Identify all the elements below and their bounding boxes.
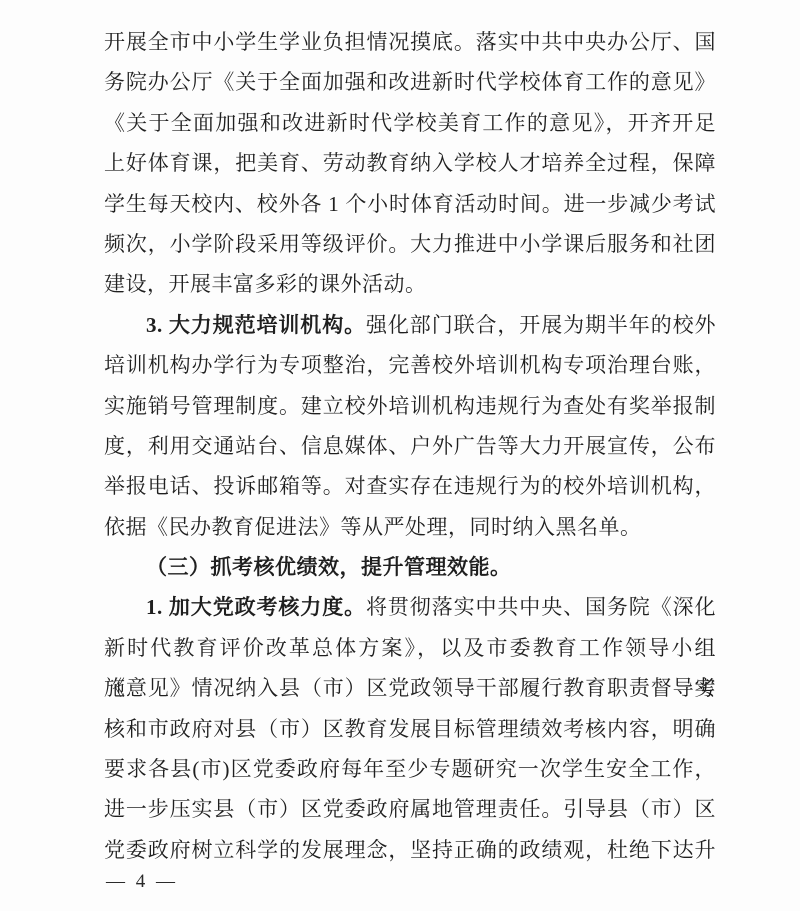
- document-page: 开展全市中小学生学业负担情况摸底。落实中共中央办公厅、国 务院办公厅《关于全面加…: [0, 0, 800, 911]
- body-line: 举报电话、投诉邮箱等。对查实存在违规行为的校外培训机构，: [104, 466, 716, 506]
- body-line: 施意见》情况纳入县（市）区党政领导干部履行教育职责督导考: [104, 668, 716, 708]
- body-line: 新时代教育评价改革总体方案》，以及市委教育工作领导小组《实: [104, 628, 716, 668]
- body-line: 频次，小学阶段采用等级评价。大力推进中小学课后服务和社团: [104, 224, 716, 264]
- paragraph-first-line: 3. 大力规范培训机构。强化部门联合，开展为期半年的校外: [104, 305, 716, 345]
- body-line: 进一步压实县（市）区党委政府属地管理责任。引导县（市）区: [104, 789, 716, 829]
- paragraph-first-line: 1. 加大党政考核力度。将贯彻落实中共中央、国务院《深化: [104, 587, 716, 627]
- body-line: 上好体育课，把美育、劳动教育纳入学校人才培养全过程，保障: [104, 143, 716, 183]
- body-line: 核和市政府对县（市）区教育发展目标管理绩效考核内容，明确: [104, 709, 716, 749]
- body-line: 建设，开展丰富多彩的课外活动。: [104, 264, 716, 304]
- body-line: 要求各县(市)区党委政府每年至少专题研究一次学生安全工作，: [104, 749, 716, 789]
- body-line: 依据《民办教育促进法》等从严处理，同时纳入黑名单。: [104, 507, 716, 547]
- paragraph-lead-rest: 将贯彻落实中共中央、国务院《深化: [366, 595, 716, 619]
- paragraph-lead-bold: 1. 加大党政考核力度。: [146, 595, 366, 619]
- paragraph-lead-bold: 3. 大力规范培训机构。: [146, 313, 366, 337]
- body-line: 《关于全面加强和改进新时代学校美育工作的意见》，开齐开足: [104, 103, 716, 143]
- body-line: 开展全市中小学生学业负担情况摸底。落实中共中央办公厅、国: [104, 22, 716, 62]
- page-number: — 4 —: [106, 870, 178, 894]
- body-line: 实施销号管理制度。建立校外培训机构违规行为查处有奖举报制: [104, 386, 716, 426]
- document-body: 开展全市中小学生学业负担情况摸底。落实中共中央办公厅、国 务院办公厅《关于全面加…: [104, 22, 716, 870]
- body-line: 学生每天校内、校外各 1 个小时体育活动时间。进一步减少考试: [104, 184, 716, 224]
- paragraph-lead-rest: 强化部门联合，开展为期半年的校外: [366, 313, 716, 337]
- body-line: 务院办公厅《关于全面加强和改进新时代学校体育工作的意见》: [104, 62, 716, 102]
- section-heading: （三）抓考核优绩效，提升管理效能。: [104, 547, 716, 587]
- body-line: 党委政府树立科学的发展理念，坚持正确的政绩观，杜绝下达升: [104, 830, 716, 870]
- body-line: 培训机构办学行为专项整治，完善校外培训机构专项治理台账，: [104, 345, 716, 385]
- body-line: 度，利用交通站台、信息媒体、户外广告等大力开展宣传，公布: [104, 426, 716, 466]
